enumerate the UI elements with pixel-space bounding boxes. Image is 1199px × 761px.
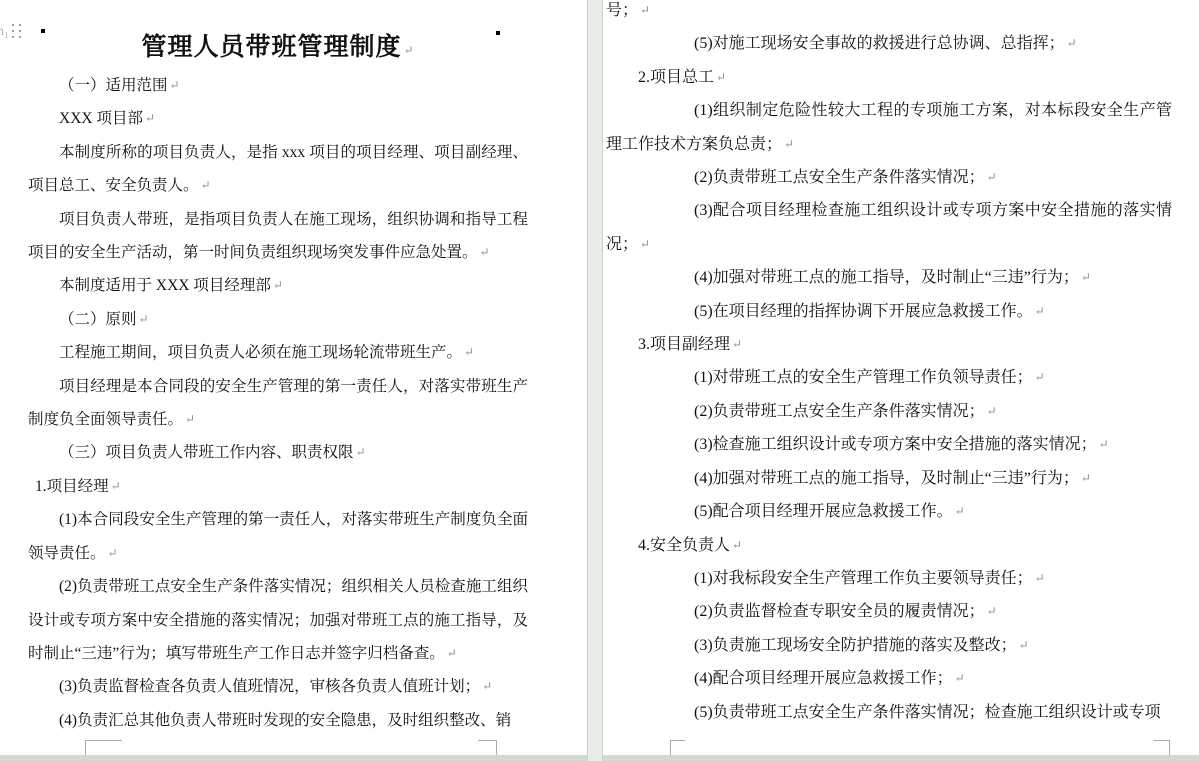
paragraph: （一）适用范围 bbox=[28, 69, 528, 102]
document-viewer: 管理人员带班管理制度 （一）适用范围XXX 项目部本制度所称的项目负责人，是指 … bbox=[0, 0, 1199, 761]
paragraph: (1)对带班工点的安全生产管理工作负领导责任； bbox=[606, 361, 1172, 394]
page-2-body: 号；(5)对施工现场安全事故的救援进行总协调、总指挥；2.项目总工(1)组织制定… bbox=[606, 0, 1172, 729]
bookmark-square-icon bbox=[496, 31, 500, 35]
paragraph: (5)对施工现场安全事故的救援进行总协调、总指挥； bbox=[606, 27, 1172, 60]
paragraph: 项目经理是本合同段的安全生产管理的第一责任人，对落实带班生产制度负全面领导责任。 bbox=[28, 370, 528, 437]
paragraph: (1)对我标段安全生产管理工作负主要领导责任； bbox=[606, 562, 1172, 595]
paragraph: 2.项目总工 bbox=[606, 61, 1172, 94]
paragraph: (5)负责带班工点安全生产条件落实情况；检查施工组织设计或专项 bbox=[606, 696, 1172, 729]
page-gap bbox=[587, 0, 603, 761]
paragraph: 4.安全负责人 bbox=[606, 529, 1172, 562]
paragraph: 本制度所称的项目负责人，是指 xxx 项目的项目经理、项目副经理、项目总工、安全… bbox=[28, 136, 528, 203]
paragraph: (2)负责监督检查专职安全员的履责情况； bbox=[606, 595, 1172, 628]
paragraph: (4)加强对带班工点的施工指导，及时制止“三违”行为； bbox=[606, 261, 1172, 294]
paragraph: XXX 项目部 bbox=[28, 102, 528, 135]
paragraph: (1)组织制定危险性较大工程的专项施工方案，对本标段安全生产管理工作技术方案负总… bbox=[606, 94, 1172, 161]
paragraph: 工程施工期间，项目负责人必须在施工现场轮流带班生产。 bbox=[28, 336, 528, 369]
page-title: 管理人员带班管理制度 bbox=[28, 31, 528, 67]
paragraph: (2)负责带班工点安全生产条件落实情况；组织相关人员检查施工组织设计或专项方案中… bbox=[28, 570, 528, 670]
clipped-margin-glyph: h₁ bbox=[0, 24, 9, 42]
page-2: 号；(5)对施工现场安全事故的救援进行总协调、总指挥；2.项目总工(1)组织制定… bbox=[603, 0, 1199, 761]
paragraph: (4)配合项目经理开展应急救援工作； bbox=[606, 662, 1172, 695]
paragraph: 1.项目经理 bbox=[28, 470, 528, 503]
paragraph: (3)负责监督检查各负责人值班情况，审核各负责人值班计划； bbox=[28, 670, 528, 703]
paragraph: （三）项目负责人带班工作内容、职责权限 bbox=[28, 436, 528, 469]
paragraph: (5)在项目经理的指挥协调下开展应急救援工作。 bbox=[606, 295, 1172, 328]
paragraph: (1)本合同段安全生产管理的第一责任人，对落实带班生产制度负全面领导责任。 bbox=[28, 503, 528, 570]
bookmark-square-icon bbox=[41, 29, 45, 33]
paragraph: (3)检查施工组织设计或专项方案中安全措施的落实情况； bbox=[606, 428, 1172, 461]
paragraph: (2)负责带班工点安全生产条件落实情况； bbox=[606, 395, 1172, 428]
paragraph: （二）原则 bbox=[28, 303, 528, 336]
paragraph: (3)配合项目经理检查施工组织设计或专项方案中安全措施的落实情况； bbox=[606, 194, 1172, 261]
paragraph: (3)负责施工现场安全防护措施的落实及整改； bbox=[606, 629, 1172, 662]
paragraph: 号； bbox=[606, 0, 1172, 27]
paragraph: (2)负责带班工点安全生产条件落实情况； bbox=[606, 161, 1172, 194]
paragraph: (5)配合项目经理开展应急救援工作。 bbox=[606, 495, 1172, 528]
paragraph: 3.项目副经理 bbox=[606, 328, 1172, 361]
paragraph: 本制度适用于 XXX 项目经理部 bbox=[28, 269, 528, 302]
page-1: 管理人员带班管理制度 （一）适用范围XXX 项目部本制度所称的项目负责人，是指 … bbox=[0, 0, 587, 761]
paragraph: (4)加强对带班工点的施工指导，及时制止“三违”行为； bbox=[606, 462, 1172, 495]
paragraph: 项目负责人带班，是指项目负责人在施工现场，组织协调和指导工程项目的安全生产活动，… bbox=[28, 203, 528, 270]
page-1-body: （一）适用范围XXX 项目部本制度所称的项目负责人，是指 xxx 项目的项目经理… bbox=[28, 69, 528, 737]
paragraph: (4)负责汇总其他负责人带班时发现的安全隐患，及时组织整改、销 bbox=[28, 704, 528, 737]
drag-handle-icon[interactable] bbox=[12, 24, 25, 40]
